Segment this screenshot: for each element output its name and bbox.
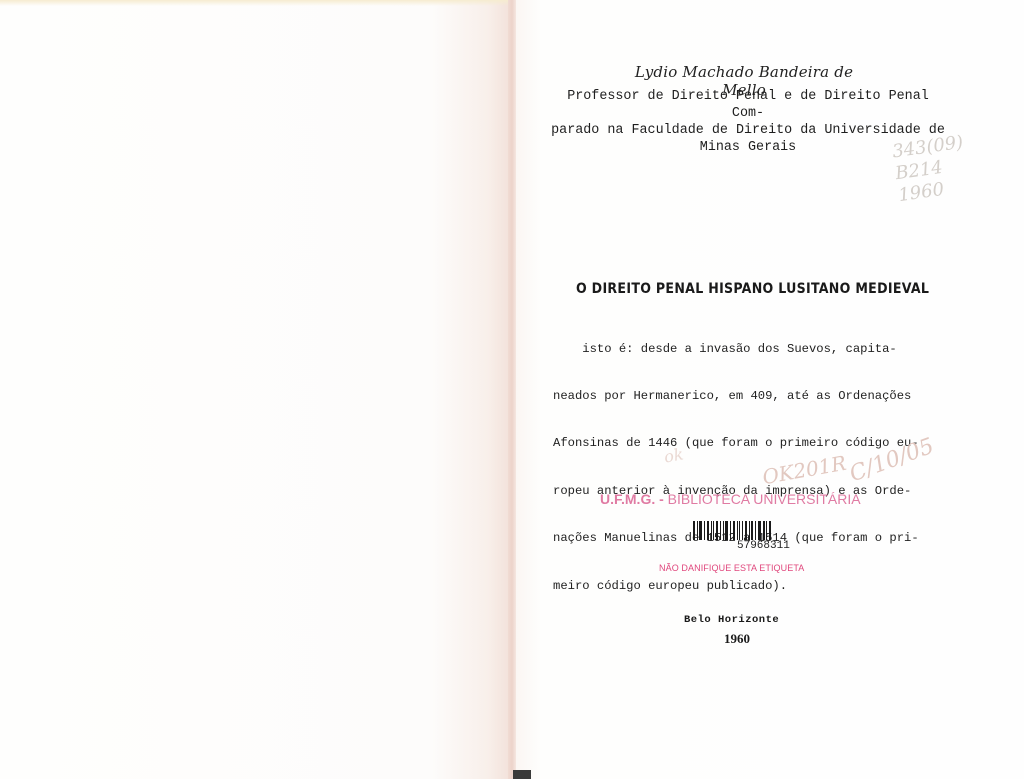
imprint-year: 1960 <box>724 631 750 647</box>
paper-stain <box>0 0 508 6</box>
stamp-abbreviation: U.F.M.G. - <box>600 491 664 507</box>
library-stamp-title: U.F.M.G. - BIBLIOTECA UNIVERSITÁRIA <box>600 491 861 507</box>
subtitle-line: meiro código europeu publicado). <box>553 579 953 595</box>
subtitle-line: neados por Hermanerico, em 409, até as O… <box>553 389 953 405</box>
affiliation-line: Professor de Direito Penal e de Direito … <box>548 88 948 122</box>
author-affiliation: Professor de Direito Penal e de Direito … <box>548 88 948 156</box>
stamp-library-name: BIBLIOTECA UNIVERSITÁRIA <box>668 491 861 507</box>
affiliation-line: parado na Faculdade de Direito da Univer… <box>548 122 948 139</box>
stamp-warning: NÃO DANIFIQUE ESTA ETIQUETA <box>659 563 804 573</box>
barcode-number: 57968311 <box>737 540 790 552</box>
barcode-icon <box>693 521 845 540</box>
left-page-blank <box>0 0 508 779</box>
book-title: O DIREITO PENAL HISPANO LUSITANO MEDIEVA… <box>576 281 936 297</box>
binding-edge <box>513 770 531 779</box>
imprint-city: Belo Horizonte <box>684 614 804 626</box>
subtitle-line: isto é: desde a invasão dos Suevos, capi… <box>553 342 953 358</box>
pencil-mark: ok <box>662 444 684 466</box>
affiliation-line: Minas Gerais <box>548 139 948 156</box>
book-gutter <box>508 0 516 779</box>
